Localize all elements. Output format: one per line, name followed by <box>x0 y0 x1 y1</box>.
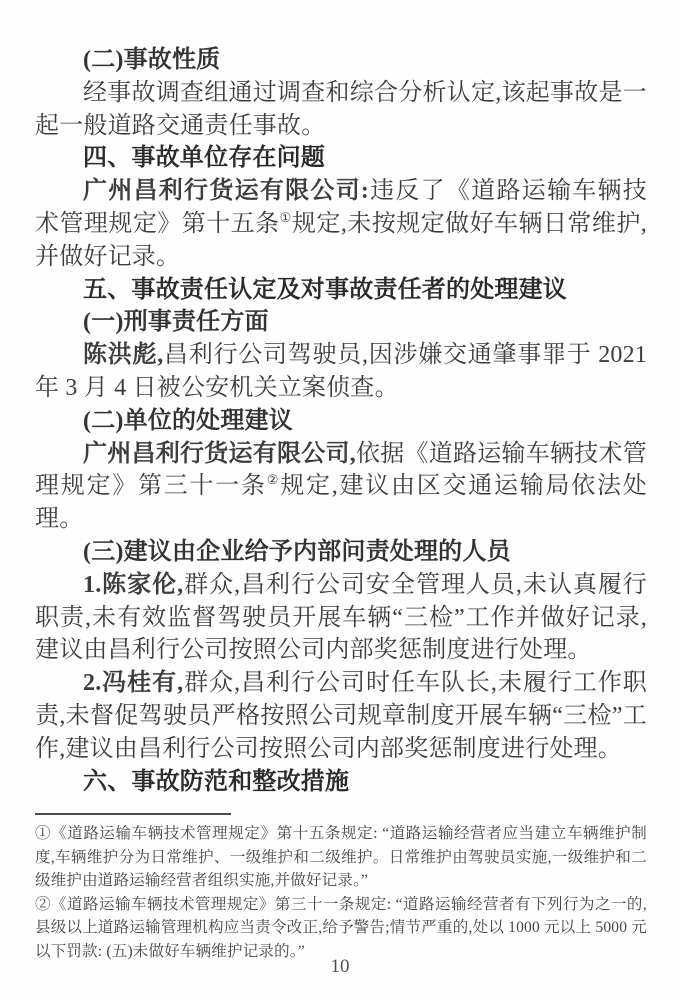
paragraph: 1.陈家伦,群众,昌利行公司安全管理人员,未认真履行职责,未有效监督驾驶员开展车… <box>35 569 647 667</box>
footnote: ①《道路运输车辆技术管理规定》第十五条规定: “道路运输经营者应当建立车辆维护制… <box>35 822 647 893</box>
paragraph: 广州昌利行货运有限公司:违反了《道路运输车辆技术管理规定》第十五条①规定,未按规… <box>35 175 647 273</box>
section-heading: (二)单位的处理建议 <box>35 405 647 438</box>
footnotes: ①《道路运输车辆技术管理规定》第十五条规定: “道路运输经营者应当建立车辆维护制… <box>35 822 647 963</box>
text-segment: 五、事故责任认定及对事故责任者的处理建议 <box>83 276 567 303</box>
text-segment: 陈洪彪, <box>83 342 163 368</box>
paragraph: 广州昌利行货运有限公司,依据《道路运输车辆技术管理规定》第三十一条②规定,建议由… <box>35 438 647 536</box>
section-heading: (一)刑事责任方面 <box>35 306 647 339</box>
text-segment: 广州昌利行货运有限公司: <box>83 178 369 204</box>
text-segment: 经事故调查组通过调查和综合分析认定,该起事故是一起一般道路交通责任事故。 <box>35 80 647 139</box>
text-segment: (二)事故性质 <box>83 47 220 73</box>
footnote-reference: ① <box>280 210 292 225</box>
section-heading: 六、事故防范和整改措施 <box>35 766 647 799</box>
paragraph: 2.冯桂有,群众,昌利行公司时任车队长,未履行工作职责,未督促驾驶员严格按照公司… <box>35 667 647 765</box>
text-segment: (一)刑事责任方面 <box>83 309 269 335</box>
text-segment: 广州昌利行货运有限公司, <box>83 441 356 467</box>
document-page: (二)事故性质经事故调查组通过调查和综合分析认定,该起事故是一起一般道路交通责任… <box>0 0 680 1000</box>
section-heading: 五、事故责任认定及对事故责任者的处理建议 <box>35 274 647 307</box>
page-number: 10 <box>0 956 680 978</box>
document-body: (二)事故性质经事故调查组通过调查和综合分析认定,该起事故是一起一般道路交通责任… <box>35 44 647 798</box>
section-heading: 四、事故单位存在问题 <box>35 142 647 175</box>
footnote: ②《道路运输车辆技术管理规定》第三十一条规定: “道路运输经营者有下列行为之一的… <box>35 893 647 964</box>
text-segment: 六、事故防范和整改措施 <box>83 768 349 795</box>
footnote-reference: ② <box>267 472 281 487</box>
text-segment: (二)单位的处理建议 <box>83 408 293 434</box>
paragraph: 经事故调查组通过调查和综合分析认定,该起事故是一起一般道路交通责任事故。 <box>35 77 647 143</box>
section-heading: (二)事故性质 <box>35 44 647 77</box>
footnote-divider <box>35 813 231 815</box>
text-segment: (三)建议由企业给予内部问责处理的人员 <box>83 539 511 565</box>
section-heading: (三)建议由企业给予内部问责处理的人员 <box>35 536 647 569</box>
text-segment: 1.陈家伦, <box>83 572 183 598</box>
text-segment: 四、事故单位存在问题 <box>83 144 325 171</box>
text-segment: 2.冯桂有, <box>83 670 183 696</box>
paragraph: 陈洪彪,昌利行公司驾驶员,因涉嫌交通肇事罪于 2021 年 3 月 4 日被公安… <box>35 339 647 405</box>
